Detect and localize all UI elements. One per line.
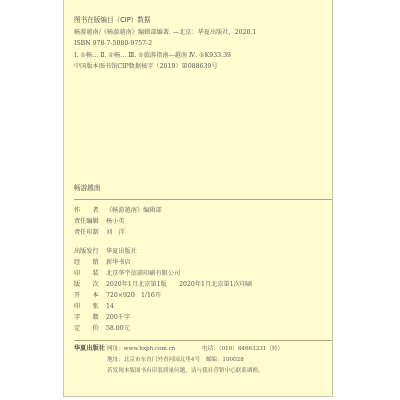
credit-value: 刘 洋 bbox=[106, 229, 125, 236]
publishing-value: 58.00元 bbox=[106, 325, 130, 332]
publishing-value: 北京华宇信诺印刷有限公司 bbox=[106, 270, 180, 277]
publishing-value: 720×920 1/16开 bbox=[106, 292, 161, 299]
publishing-row: 字 数 200千字 bbox=[74, 315, 130, 321]
publishing-value: 200千字 bbox=[106, 314, 130, 321]
divider bbox=[74, 199, 332, 200]
book-title: 畅游越南 bbox=[74, 185, 100, 192]
publishing-row: 经 销 新华书店 bbox=[74, 260, 131, 266]
publishing-label: 出版发行 bbox=[74, 249, 104, 255]
copyright-page: 图书在版编目（CIP）数据 畅游越南/《畅游越南》编辑部编著. —北京：华夏出版… bbox=[63, 0, 333, 397]
footer-phone: 电话：（010）64663331（转） bbox=[202, 347, 283, 353]
divider bbox=[74, 340, 332, 341]
credit-row: 责任编辑 杨小英 bbox=[74, 219, 125, 225]
credit-label: 责任编辑 bbox=[74, 219, 104, 225]
footer-notice: 若发现本版图书有印装质量问题，请与我社营销中心联系调换。 bbox=[107, 369, 264, 375]
publishing-value: 2020年1月北京第1版 2020年1月北京第1次印刷 bbox=[106, 281, 252, 288]
publishing-label: 开 本 bbox=[74, 293, 104, 299]
publishing-row: 定 价 58.00元 bbox=[74, 326, 130, 332]
footer-address: 地址：北京市东直门外香河园北里4号 邮编：100028 bbox=[107, 358, 244, 364]
credit-row: 责任印制 刘 洋 bbox=[74, 230, 125, 236]
publishing-value: 华夏出版社 bbox=[106, 248, 137, 255]
credit-value: 《畅游越南》编辑部 bbox=[106, 207, 162, 214]
publishing-row: 印 装 北京华宇信诺印刷有限公司 bbox=[74, 271, 180, 277]
cip-line: 中国版本图书馆CIP数据核字（2019）第088639号 bbox=[74, 64, 218, 70]
footer-publisher: 华夏出版社 bbox=[74, 346, 105, 352]
footer-website: 网址：www.hxph.com.cn bbox=[107, 347, 175, 353]
publishing-value: 14 bbox=[106, 303, 114, 310]
publishing-label: 字 数 bbox=[74, 315, 104, 321]
credit-value: 杨小英 bbox=[106, 218, 125, 225]
publishing-value: 新华书店 bbox=[106, 259, 131, 266]
publishing-label: 定 价 bbox=[74, 326, 104, 332]
cip-title: 图书在版编目（CIP）数据 bbox=[74, 17, 150, 24]
publishing-row: 出版发行 华夏出版社 bbox=[74, 249, 137, 255]
credit-row: 作 者 《畅游越南》编辑部 bbox=[74, 208, 162, 214]
credit-label: 作 者 bbox=[74, 208, 104, 214]
cip-line: ISBN 978-7-5080-9757-2 bbox=[74, 41, 152, 47]
publishing-row: 版 次 2020年1月北京第1版 2020年1月北京第1次印刷 bbox=[74, 282, 252, 288]
publishing-label: 印 装 bbox=[74, 271, 104, 277]
publishing-label: 经 销 bbox=[74, 260, 104, 266]
publishing-label: 印 张 bbox=[74, 304, 104, 310]
cip-line: Ⅰ. ①畅… Ⅱ. ①畅… Ⅲ. ①旅游指南—越南 Ⅳ. ①K933.39 bbox=[74, 53, 231, 59]
cip-line: 畅游越南/《畅游越南》编辑部编著. —北京：华夏出版社，2020.1 bbox=[74, 30, 256, 36]
publishing-row: 印 张 14 bbox=[74, 304, 114, 310]
publishing-label: 版 次 bbox=[74, 282, 104, 288]
credit-label: 责任印制 bbox=[74, 230, 104, 236]
publishing-row: 开 本 720×920 1/16开 bbox=[74, 293, 161, 299]
